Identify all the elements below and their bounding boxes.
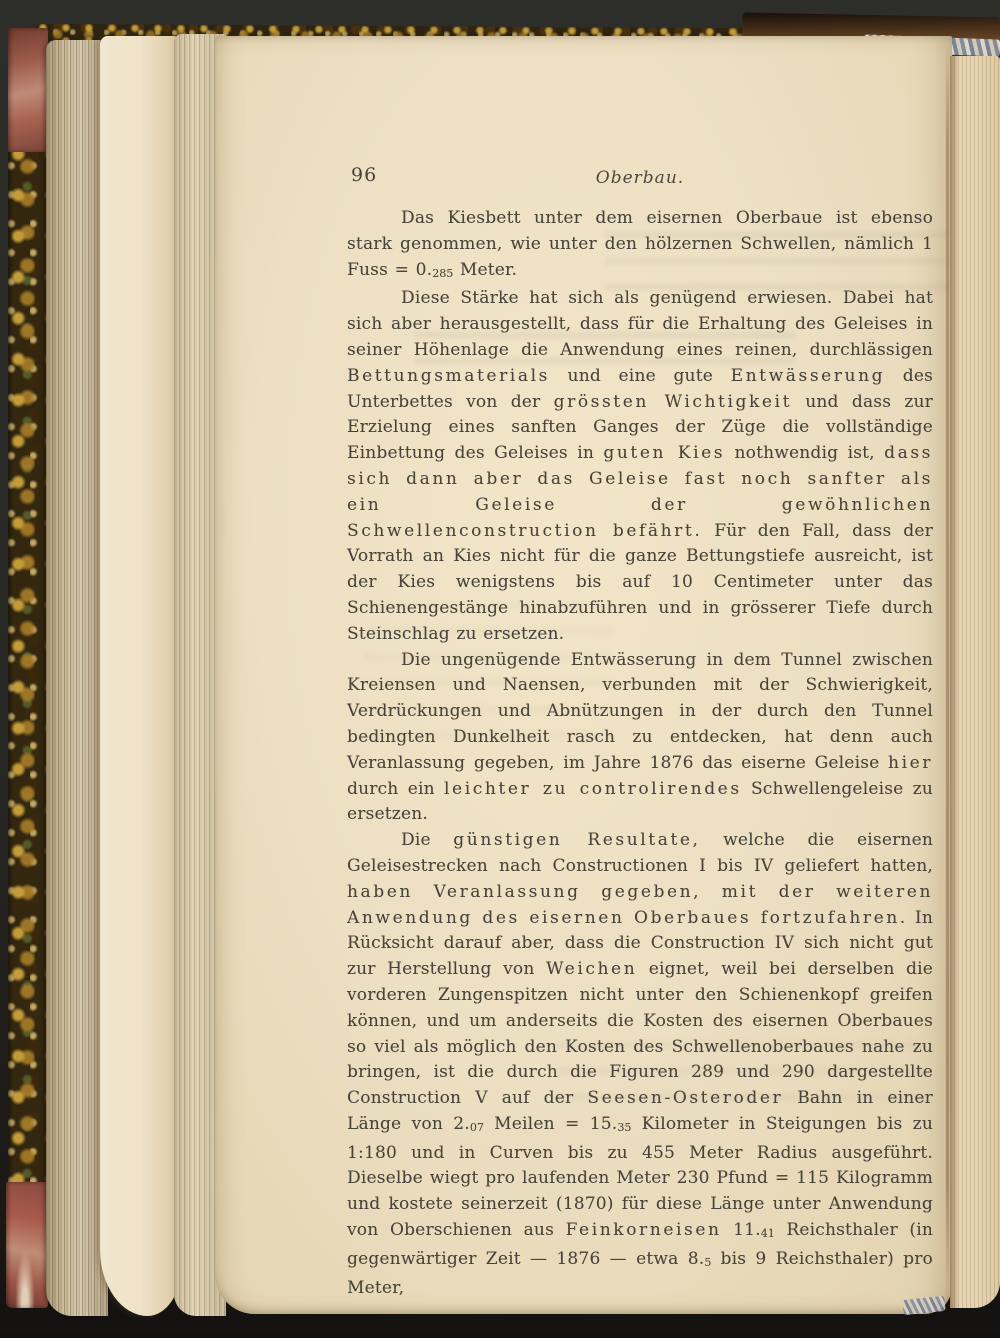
emphasized-text: Weichen — [546, 959, 637, 979]
curved-page-under — [100, 36, 182, 1316]
emphasized-text: Entwässerung — [731, 366, 886, 386]
emphasized-text: grössten Wichtigkeit — [554, 392, 792, 412]
page-edges-outer — [46, 40, 108, 1316]
leather-corner-top — [8, 28, 48, 152]
facing-page-edge — [950, 56, 1000, 1308]
emphasized-text: leichter zu controlirendes — [444, 779, 742, 799]
emphasized-text: hier — [888, 753, 933, 773]
body-text: Die ungenügende Entwässerung in dem Tunn… — [347, 650, 933, 773]
book-page: 96 Oberbau. Das Kiesbett unter dem eiser… — [215, 36, 952, 1314]
body-text: durch ein — [347, 779, 444, 799]
paragraph: Diese Stärke hat sich als genügend erwie… — [347, 286, 933, 647]
text-block: Das Kiesbett unter dem eisernen Oberbaue… — [347, 206, 933, 1301]
emphasized-text: guten Kies — [603, 443, 725, 463]
body-text: 11. — [722, 1220, 761, 1240]
gutter-fold — [946, 44, 949, 1306]
emphasized-text: Feinkorneisen — [566, 1220, 722, 1240]
emphasized-text: Bettungsmaterials — [347, 366, 550, 386]
emphasized-text: haben Veranlassung gegeben, mit der weit… — [347, 882, 933, 928]
body-text: Meilen = 15. — [484, 1114, 617, 1134]
body-text: Diese Stärke hat sich als genügend erwie… — [347, 288, 933, 360]
running-header: Oberbau. — [347, 168, 933, 188]
body-text: eignet, weil bei derselben die vorderen … — [347, 959, 933, 1108]
body-text: Die — [401, 830, 453, 850]
body-text: Meter. — [453, 260, 517, 280]
marbled-cover-edge — [8, 146, 48, 1296]
paragraph: Das Kiesbett unter dem eisernen Oberbaue… — [347, 206, 933, 286]
emphasized-text: Seesen-Osteroder — [587, 1088, 783, 1108]
decimal-subscript: 285 — [432, 267, 453, 280]
decimal-subscript: 41 — [761, 1227, 775, 1240]
book-scan: 96 Oberbau. Das Kiesbett unter dem eiser… — [0, 0, 1000, 1338]
paragraph: Die ungenügende Entwässerung in dem Tunn… — [347, 648, 933, 829]
leather-corner-bottom — [6, 1182, 48, 1308]
body-text: und eine gute — [550, 366, 731, 386]
paragraph: Die günstigen Resultate, welche die eise… — [347, 828, 933, 1301]
body-text: nothwendig ist, — [725, 443, 884, 463]
emphasized-text: günstigen Resultate, — [453, 830, 700, 850]
decimal-subscript: 07 — [470, 1121, 484, 1134]
decimal-subscript: 35 — [617, 1121, 631, 1134]
